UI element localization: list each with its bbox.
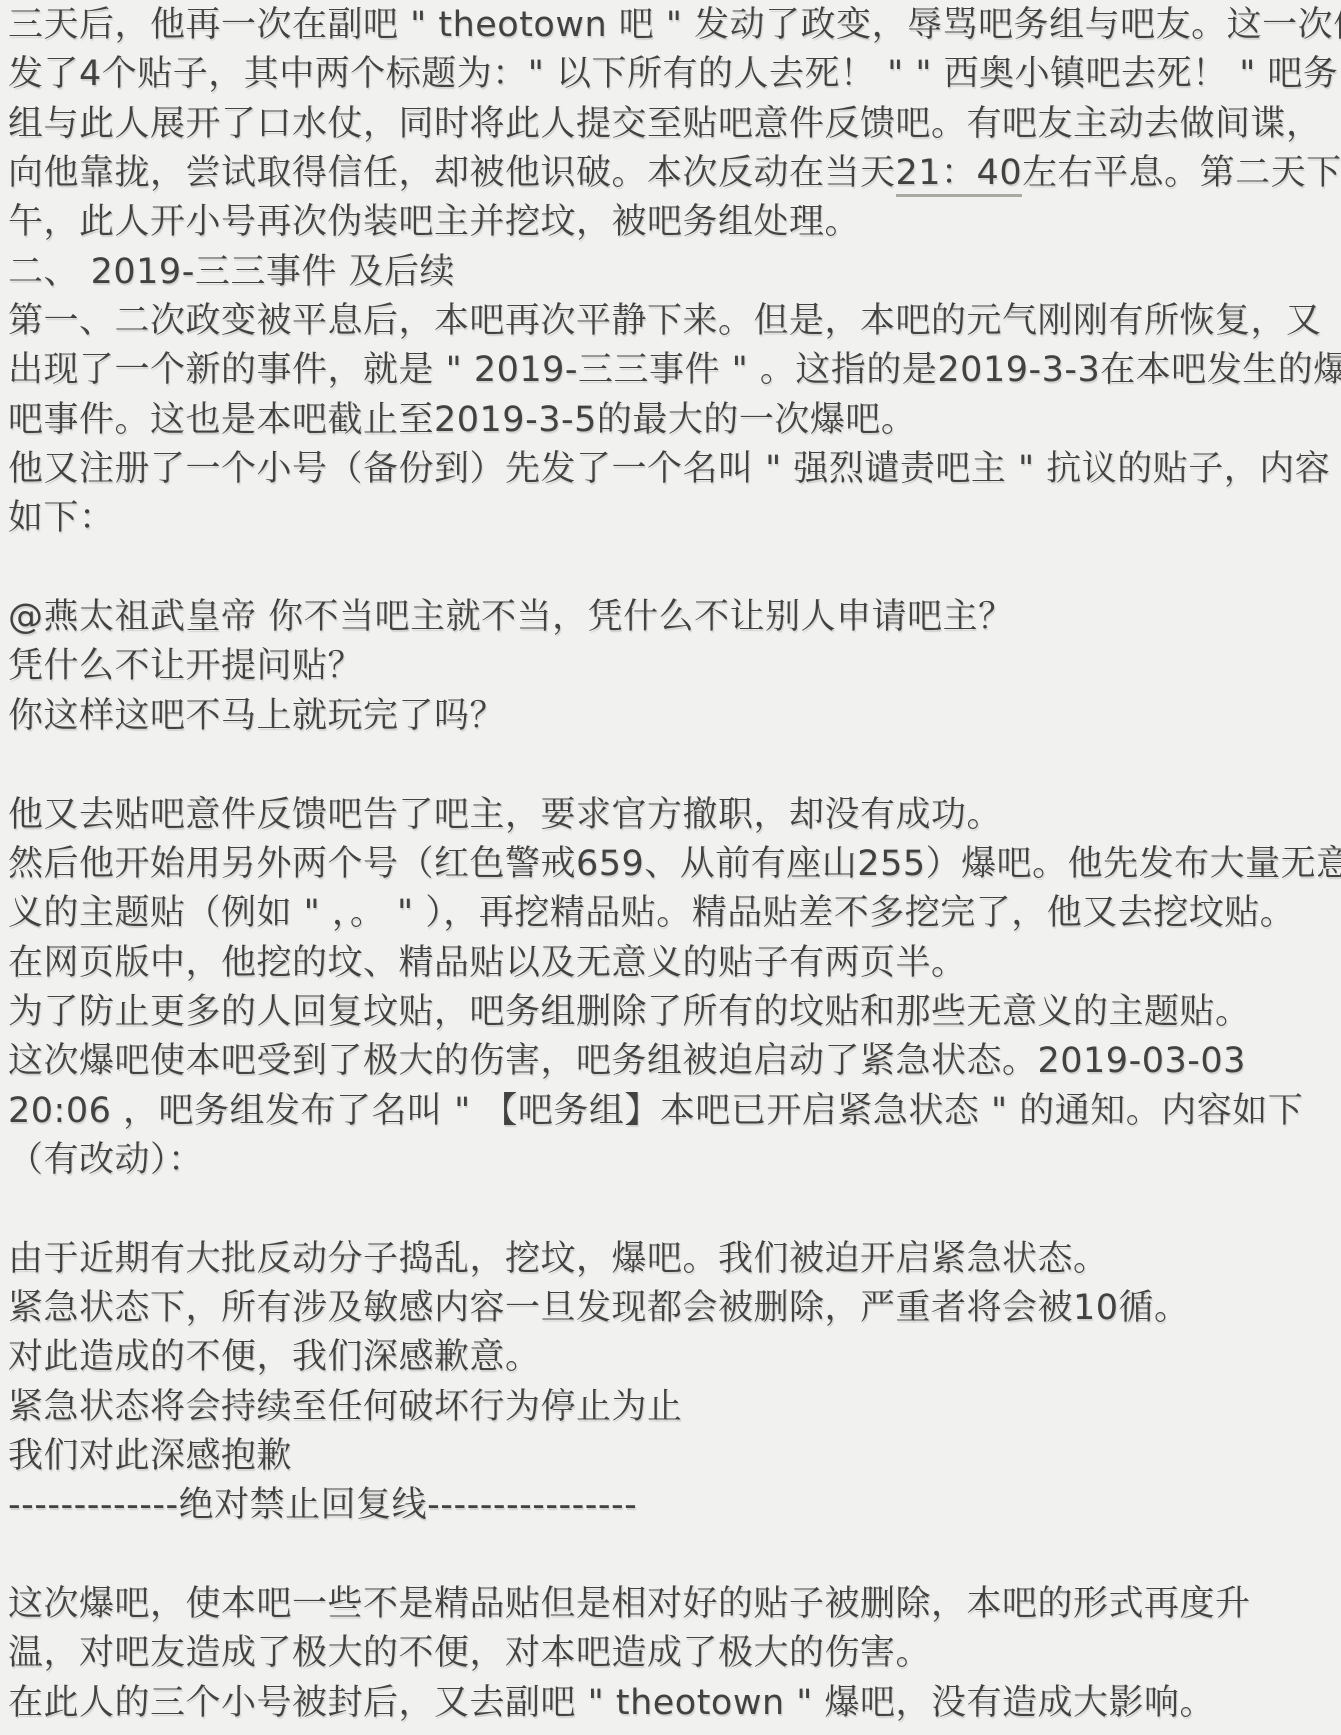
text-run: 你这样这吧不马上就玩完了吗？ xyxy=(8,696,505,736)
text-run: 20:06 ，吧务组发布了名叫 " 【吧务组】本吧已开启紧急状态 " 的通知。内… xyxy=(8,1091,1303,1131)
text-run: 我们对此深感抱歉 xyxy=(8,1436,292,1476)
text-line: 紧急状态下，所有涉及敏感内容一旦发现都会被删除，严重者将会被10循。 xyxy=(8,1284,1335,1333)
text-line: 在网页版中，他挖的坟、精品贴以及无意义的贴子有两页半。 xyxy=(8,939,1335,988)
text-run: 三天后，他再一次在副吧 " theotown 吧 " 发动了政变，辱骂吧务组与吧… xyxy=(8,5,1341,45)
text-run: 组与此人展开了口水仗，同时将此人提交至贴吧意件反馈吧。有吧友主动去做间谍， xyxy=(8,104,1322,144)
text-line: （有改动）： xyxy=(8,1136,1335,1185)
text-line: 这次爆吧使本吧受到了极大的伤害，吧务组被迫启动了紧急状态。2019-03-03 xyxy=(8,1037,1335,1086)
text-line: 为了防止更多的人回复坟贴，吧务组删除了所有的坟贴和那些无意义的主题贴。 xyxy=(8,988,1335,1037)
text-run: 他又注册了一个小号（备份到）先发了一个名叫 " 强烈谴责吧主 " 抗议的贴子，内… xyxy=(8,449,1330,489)
text-line: 他又去贴吧意件反馈吧告了吧主，要求官方撤职，却没有成功。 xyxy=(8,791,1335,840)
text-run: 午，此人开小号再次伪装吧主并挖坟，被吧务组处理。 xyxy=(8,202,860,242)
time-link[interactable]: 21：40 xyxy=(896,153,1023,197)
text-line: 我们对此深感抱歉 xyxy=(8,1432,1335,1481)
text-line: 如下： xyxy=(8,494,1335,543)
text-run: （有改动）： xyxy=(8,1140,204,1180)
text-run: 然后他开始用另外两个号（红色警戒659、从前有座山255）爆吧。他先发布大量无意 xyxy=(8,844,1341,884)
text-line: 发了4个贴子，其中两个标题为：" 以下所有的人去死！ " " 西奥小镇吧去死！ … xyxy=(8,50,1335,99)
text-run: 义的主题贴（例如 " ，。 " ），再挖精品贴。精品贴差不多挖完了，他又去挖坟贴… xyxy=(8,893,1295,933)
text-line: 由于近期有大批反动分子捣乱，挖坟，爆吧。我们被迫开启紧急状态。 xyxy=(8,1235,1335,1284)
text-run: 凭什么不让开提问贴？ xyxy=(8,646,363,686)
text-run: 第一、二次政变被平息后，本吧再次平静下来。但是，本吧的元气刚刚有所恢复，又 xyxy=(8,301,1322,341)
document-page: { "page": { "background_color": "#f1f1ef… xyxy=(0,0,1341,1735)
text-line: 在此人的三个小号被封后，又去副吧 " theotown " 爆吧，没有造成大影响… xyxy=(8,1679,1335,1728)
text-run: 紧急状态将会持续至任何破坏行为停止为止 xyxy=(8,1387,683,1427)
text-run: 出现了一个新的事件，就是 " 2019-三三事件 " 。这指的是2019-3-3… xyxy=(8,350,1341,390)
text-line: 第一、二次政变被平息后，本吧再次平静下来。但是，本吧的元气刚刚有所恢复，又 xyxy=(8,297,1335,346)
text-run: 由于近期有大批反动分子捣乱，挖坟，爆吧。我们被迫开启紧急状态。 xyxy=(8,1239,1109,1279)
text-line: 然后他开始用另外两个号（红色警戒659、从前有座山255）爆吧。他先发布大量无意 xyxy=(8,840,1335,889)
blank-line xyxy=(8,544,1335,593)
text-line: 这次爆吧，使本吧一些不是精品贴但是相对好的贴子被删除，本吧的形式再度升 xyxy=(8,1580,1335,1629)
text-line: 吧事件。这也是本吧截止至2019-3-5的最大的一次爆吧。 xyxy=(8,396,1335,445)
text-line: 义的主题贴（例如 " ，。 " ），再挖精品贴。精品贴差不多挖完了，他又去挖坟贴… xyxy=(8,889,1335,938)
text-run: 紧急状态下，所有涉及敏感内容一旦发现都会被删除，严重者将会被10循。 xyxy=(8,1288,1190,1328)
text-line: @燕太祖武皇帝 你不当吧主就不当，凭什么不让别人申请吧主？ xyxy=(8,593,1335,642)
text-run: 吧事件。这也是本吧截止至2019-3-5的最大的一次爆吧。 xyxy=(8,400,916,440)
text-line: 紧急状态将会持续至任何破坏行为停止为止 xyxy=(8,1383,1335,1432)
text-line: 对此造成的不便，我们深感歉意。 xyxy=(8,1333,1335,1382)
text-line: 你这样这吧不马上就玩完了吗？ xyxy=(8,692,1335,741)
text-line: 二、 2019-三三事件 及后续 xyxy=(8,248,1335,297)
text-run: @燕太祖武皇帝 你不当吧主就不当，凭什么不让别人申请吧主？ xyxy=(8,597,1014,637)
text-run: 为了防止更多的人回复坟贴，吧务组删除了所有的坟贴和那些无意义的主题贴。 xyxy=(8,992,1251,1032)
text-line: -------------绝对禁止回复线---------------- xyxy=(8,1481,1335,1530)
document-body: 三天后，他再一次在副吧 " theotown 吧 " 发动了政变，辱骂吧务组与吧… xyxy=(0,0,1341,1735)
text-run: 温，对吧友造成了极大的不便，对本吧造成了极大的伤害。 xyxy=(8,1633,931,1673)
text-run: 这次爆吧使本吧受到了极大的伤害，吧务组被迫启动了紧急状态。2019-03-03 xyxy=(8,1041,1246,1081)
text-line: 20:06 ，吧务组发布了名叫 " 【吧务组】本吧已开启紧急状态 " 的通知。内… xyxy=(8,1087,1335,1136)
text-run: 在此人的三个小号被封后，又去副吧 " theotown " 爆吧，没有造成大影响… xyxy=(8,1683,1215,1723)
blank-line xyxy=(8,741,1335,790)
text-run: 如下： xyxy=(8,498,115,538)
text-run: 他又去贴吧意件反馈吧告了吧主，要求官方撤职，却没有成功。 xyxy=(8,795,1002,835)
text-run: 这次爆吧，使本吧一些不是精品贴但是相对好的贴子被删除，本吧的形式再度升 xyxy=(8,1584,1251,1624)
text-run: 对此造成的不便，我们深感歉意。 xyxy=(8,1337,541,1377)
text-run: 在网页版中，他挖的坟、精品贴以及无意义的贴子有两页半。 xyxy=(8,943,967,983)
text-run: -------------绝对禁止回复线---------------- xyxy=(8,1485,637,1525)
text-run: 向他靠拢，尝试取得信任，却被他识破。本次反动在当天 xyxy=(8,153,896,193)
blank-line xyxy=(8,1531,1335,1580)
blank-line xyxy=(8,1185,1335,1234)
text-line: 他又注册了一个小号（备份到）先发了一个名叫 " 强烈谴责吧主 " 抗议的贴子，内… xyxy=(8,445,1335,494)
text-line: 组与此人展开了口水仗，同时将此人提交至贴吧意件反馈吧。有吧友主动去做间谍， xyxy=(8,100,1335,149)
text-line: 温，对吧友造成了极大的不便，对本吧造成了极大的伤害。 xyxy=(8,1629,1335,1678)
text-line: 午，此人开小号再次伪装吧主并挖坟，被吧务组处理。 xyxy=(8,198,1335,247)
text-line: 凭什么不让开提问贴？ xyxy=(8,642,1335,691)
text-run: 发了4个贴子，其中两个标题为：" 以下所有的人去死！ " " 西奥小镇吧去死！ … xyxy=(8,54,1338,94)
text-run: 二、 2019-三三事件 及后续 xyxy=(8,252,455,292)
text-line: 向他靠拢，尝试取得信任，却被他识破。本次反动在当天21：40左右平息。第二天下 xyxy=(8,149,1335,198)
text-line: 出现了一个新的事件，就是 " 2019-三三事件 " 。这指的是2019-3-3… xyxy=(8,346,1335,395)
text-line: 三天后，他再一次在副吧 " theotown 吧 " 发动了政变，辱骂吧务组与吧… xyxy=(8,1,1335,50)
text-run: 左右平息。第二天下 xyxy=(1022,153,1341,193)
